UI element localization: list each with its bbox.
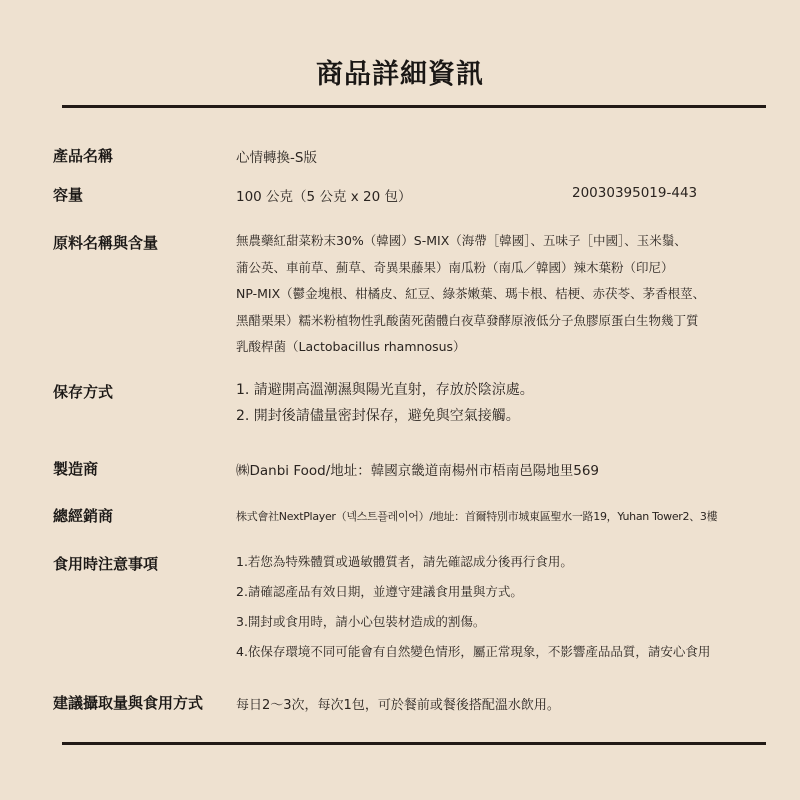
ingredients-label: 原料名稱與含量 [53, 232, 158, 253]
distributor-label: 總經銷商 [53, 505, 113, 526]
manufacturer-label: 製造商 [53, 458, 98, 479]
top-divider [62, 105, 766, 108]
registration-code: 20030395019-443 [572, 185, 697, 201]
ingredients-line: NP-MIX（鬱金塊根、柑橘皮、紅豆、綠茶嫩葉、瑪卡根、桔梗、赤茯苓、茅香根莖、 [236, 281, 705, 308]
capacity-label: 容量 [53, 184, 83, 205]
precautions-value: 1.若您為特殊體質或過敏體質者，請先確認成分後再行食用。 2.請確認產品有效日期… [236, 547, 710, 667]
ingredients-line: 蒲公英、車前草、薊草、奇異果藤果）南瓜粉（南瓜／韓國）辣木葉粉（印尼） [236, 255, 705, 282]
storage-value: 1. 請避開高溫潮濕與陽光直射，存放於陰涼處。 2. 開封後請儘量密封保存，避免… [236, 377, 534, 429]
storage-line: 2. 開封後請儘量密封保存，避免與空氣接觸。 [236, 403, 534, 429]
precautions-line: 2.請確認產品有效日期，並遵守建議食用量與方式。 [236, 577, 710, 607]
bottom-divider [62, 742, 766, 745]
ingredients-value: 無農藥紅甜菜粉末30%（韓國）S-MIX（海帶［韓國］、五味子［中國］、玉米鬚、… [236, 228, 705, 361]
distributor-value: 株式會社NextPlayer（넥스트플레이어）/地址：首爾特別市城東區聖水一路1… [236, 508, 717, 524]
storage-label: 保存方式 [53, 381, 113, 402]
ingredients-line: 無農藥紅甜菜粉末30%（韓國）S-MIX（海帶［韓國］、五味子［中國］、玉米鬚、 [236, 228, 705, 255]
precautions-line: 3.開封或食用時，請小心包裝材造成的割傷。 [236, 607, 710, 637]
page-title: 商品詳細資訊 [0, 52, 800, 91]
precautions-line: 1.若您為特殊體質或過敏體質者，請先確認成分後再行食用。 [236, 547, 710, 577]
ingredients-line: 黑醋栗果）糯米粉植物性乳酸菌死菌體白夜草發酵原液低分子魚膠原蛋白生物幾丁質 [236, 308, 705, 335]
storage-line: 1. 請避開高溫潮濕與陽光直射，存放於陰涼處。 [236, 377, 534, 403]
manufacturer-value: ㈱Danbi Food/地址：韓國京畿道南楊州市梧南邑陽地里569 [236, 459, 599, 479]
dosage-label: 建議攝取量與食用方式 [53, 692, 203, 713]
product-name-label: 產品名稱 [53, 145, 113, 166]
precautions-label: 食用時注意事項 [53, 553, 158, 574]
ingredients-line: 乳酸桿菌（Lactobacillus rhamnosus） [236, 334, 705, 361]
precautions-line: 4.依保存環境不同可能會有自然變色情形，屬正常現象，不影響產品品質，請安心食用 [236, 637, 710, 667]
capacity-value: 100 公克（5 公克 x 20 包） [236, 185, 411, 205]
dosage-value: 每日2〜3次，每次1包，可於餐前或餐後搭配溫水飲用。 [236, 694, 560, 713]
product-name-value: 心情轉換-S版 [236, 146, 317, 166]
